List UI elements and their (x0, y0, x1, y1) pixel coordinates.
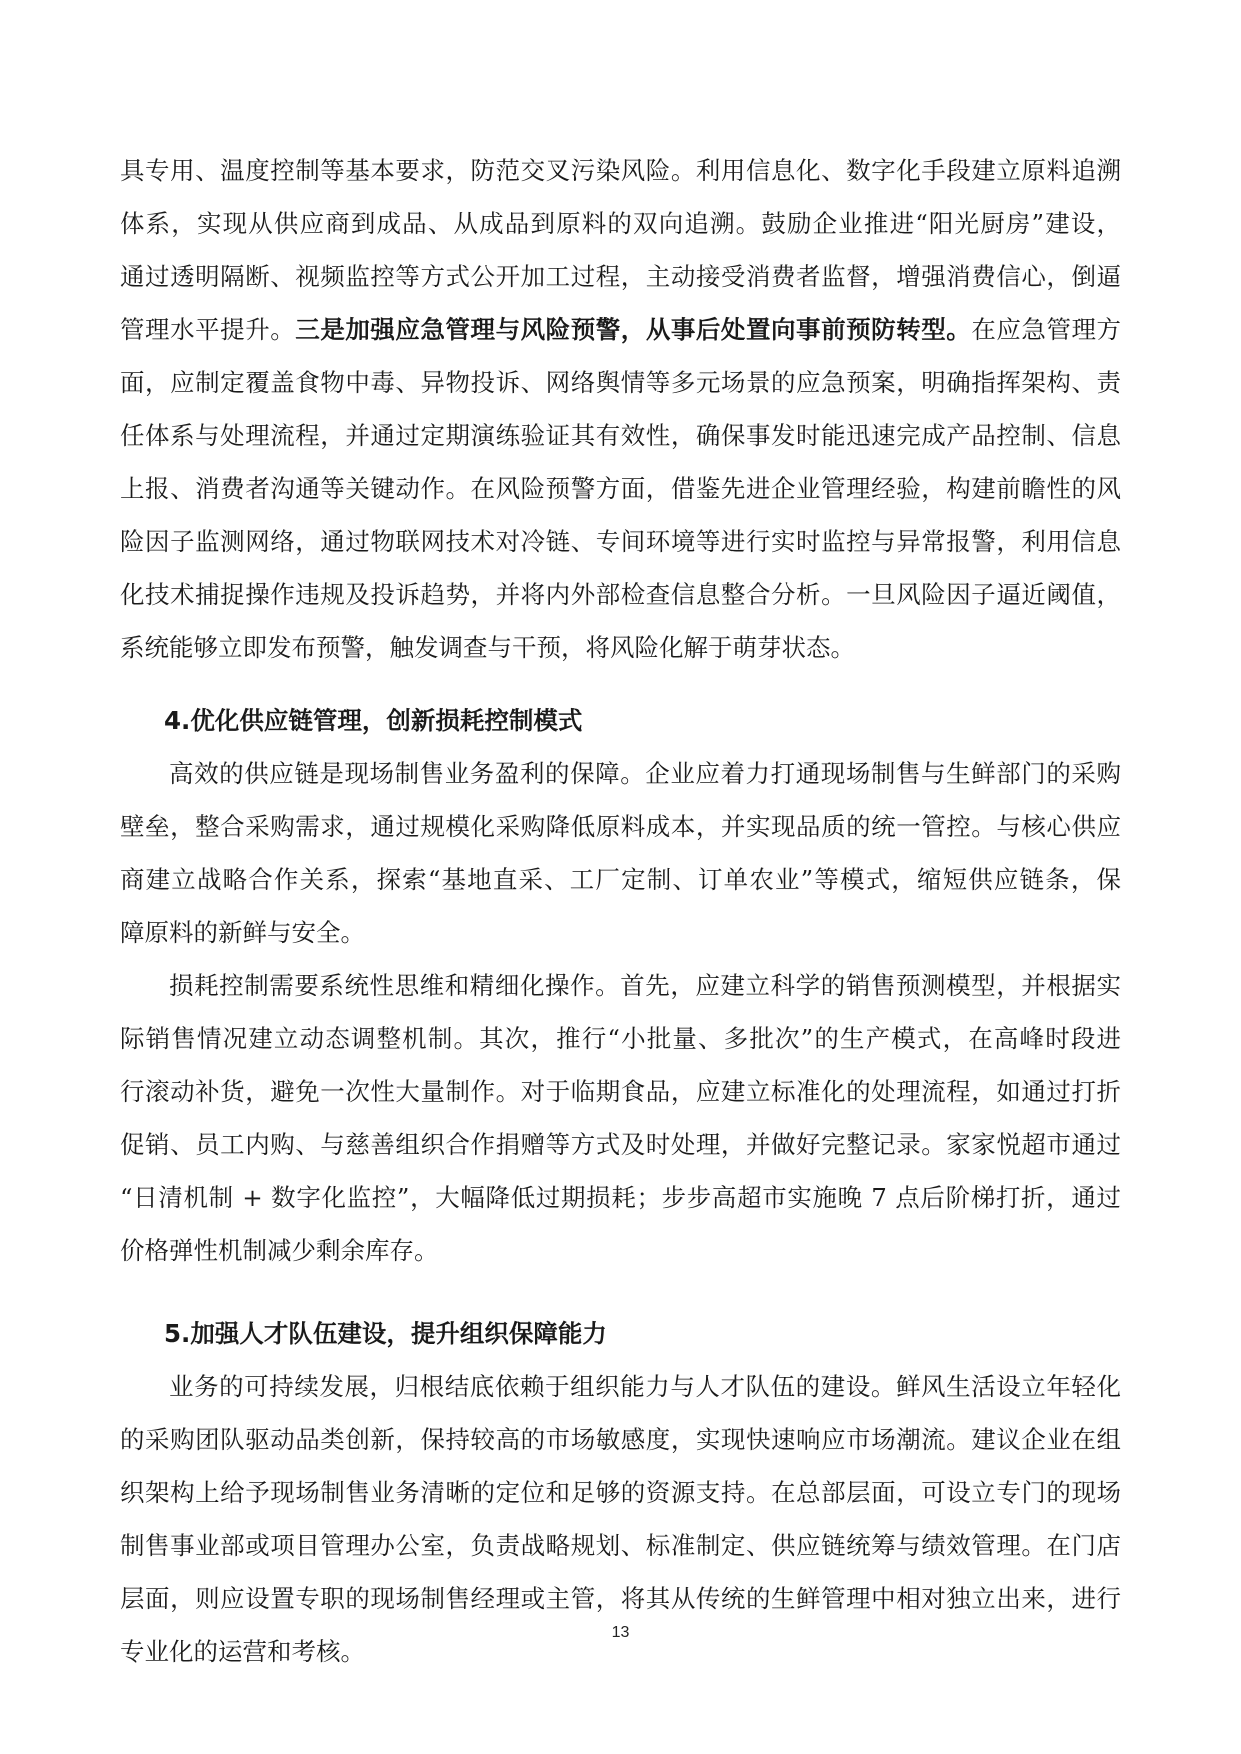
text-line: 业务的可持续发展，归根结底依赖于组织能力与人才队伍的建设。鲜风生活设立年轻化 (120, 1360, 1121, 1413)
document-page: 具专用、温度控制等基本要求，防范交叉污染风险。利用信息化、数字化手段建立原料追溯… (120, 144, 1121, 1678)
text-line: 体系，实现从供应商到成品、从成品到原料的双向追溯。鼓励企业推进“阳光厨房”建设， (120, 197, 1121, 250)
text-line: 化技术捕捉操作违规及投诉趋势，并将内外部检查信息整合分析。一旦风险因子逼近阈值， (120, 568, 1121, 621)
text-line: 系统能够立即发布预警，触发调查与干预，将风险化解于萌芽状态。 (120, 621, 1121, 674)
text-line: 际销售情况建立动态调整机制。其次，推行“小批量、多批次”的生产模式，在高峰时段进 (120, 1012, 1121, 1065)
text-line: 的采购团队驱动品类创新，保持较高的市场敏感度，实现快速响应市场潮流。建议企业在组 (120, 1413, 1121, 1466)
section3-continuation-paragraph: 具专用、温度控制等基本要求，防范交叉污染风险。利用信息化、数字化手段建立原料追溯… (120, 144, 1121, 674)
section4-paragraph-2: 损耗控制需要系统性思维和精细化操作。首先，应建立科学的销售预测模型，并根据实 际… (120, 959, 1121, 1277)
text-line: 具专用、温度控制等基本要求，防范交叉污染风险。利用信息化、数字化手段建立原料追溯 (120, 144, 1121, 197)
page-number: 13 (0, 1624, 1241, 1642)
section4-paragraph-1: 高效的供应链是现场制售业务盈利的保障。企业应着力打通现场制售与生鲜部门的采购 壁… (120, 747, 1121, 959)
text-line: 层面，则应设置专职的现场制售经理或主管，将其从传统的生鲜管理中相对独立出来，进行 (120, 1572, 1121, 1625)
text-line: 壁垒，整合采购需求，通过规模化采购降低原料成本，并实现品质的统一管控。与核心供应 (120, 800, 1121, 853)
spacer (120, 674, 1121, 694)
text-line: 通过透明隔断、视频监控等方式公开加工过程，主动接受消费者监督，增强消费信心，倒逼 (120, 250, 1121, 303)
text-line: 织架构上给予现场制售业务清晰的定位和足够的资源支持。在总部层面，可设立专门的现场 (120, 1466, 1121, 1519)
text-line: 损耗控制需要系统性思维和精细化操作。首先，应建立科学的销售预测模型，并根据实 (120, 959, 1121, 1012)
text-line: 价格弹性机制减少剩余库存。 (120, 1224, 1121, 1277)
section-heading-5: 5.加强人才队伍建设，提升组织保障能力 (120, 1307, 1121, 1360)
text-line: 促销、员工内购、与慈善组织合作捐赠等方式及时处理，并做好完整记录。家家悦超市通过 (120, 1118, 1121, 1171)
text-line: “日清机制 + 数字化监控”，大幅降低过期损耗；步步高超市实施晚 7 点后阶梯打… (120, 1171, 1121, 1224)
text-line: 障原料的新鲜与安全。 (120, 906, 1121, 959)
text-line: 行滚动补货，避免一次性大量制作。对于临期食品，应建立标准化的处理流程，如通过打折 (120, 1065, 1121, 1118)
text-line: 险因子监测网络，通过物联网技术对冷链、专间环境等进行实时监控与异常报警，利用信息 (120, 515, 1121, 568)
text-line: 商建立战略合作关系，探索“基地直采、工厂定制、订单农业”等模式，缩短供应链条，保 (120, 853, 1121, 906)
text-line: 上报、消费者沟通等关键动作。在风险预警方面，借鉴先进企业管理经验，构建前瞻性的风 (120, 462, 1121, 515)
text-line: 面，应制定覆盖食物中毒、异物投诉、网络舆情等多元场景的应急预案，明确指挥架构、责 (120, 356, 1121, 409)
text-line: 管理水平提升。三是加强应急管理与风险预警，从事后处置向事前预防转型。在应急管理方 (120, 303, 1121, 356)
emphasis-text: 三是加强应急管理与风险预警，从事后处置向事前预防转型。 (295, 315, 971, 344)
text-line: 制售事业部或项目管理办公室，负责战略规划、标准制定、供应链统筹与绩效管理。在门店 (120, 1519, 1121, 1572)
text-line: 任体系与处理流程，并通过定期演练验证其有效性，确保事发时能迅速完成产品控制、信息 (120, 409, 1121, 462)
section-heading-4: 4.优化供应链管理，创新损耗控制模式 (120, 694, 1121, 747)
spacer (120, 1277, 1121, 1307)
text-line: 高效的供应链是现场制售业务盈利的保障。企业应着力打通现场制售与生鲜部门的采购 (120, 747, 1121, 800)
